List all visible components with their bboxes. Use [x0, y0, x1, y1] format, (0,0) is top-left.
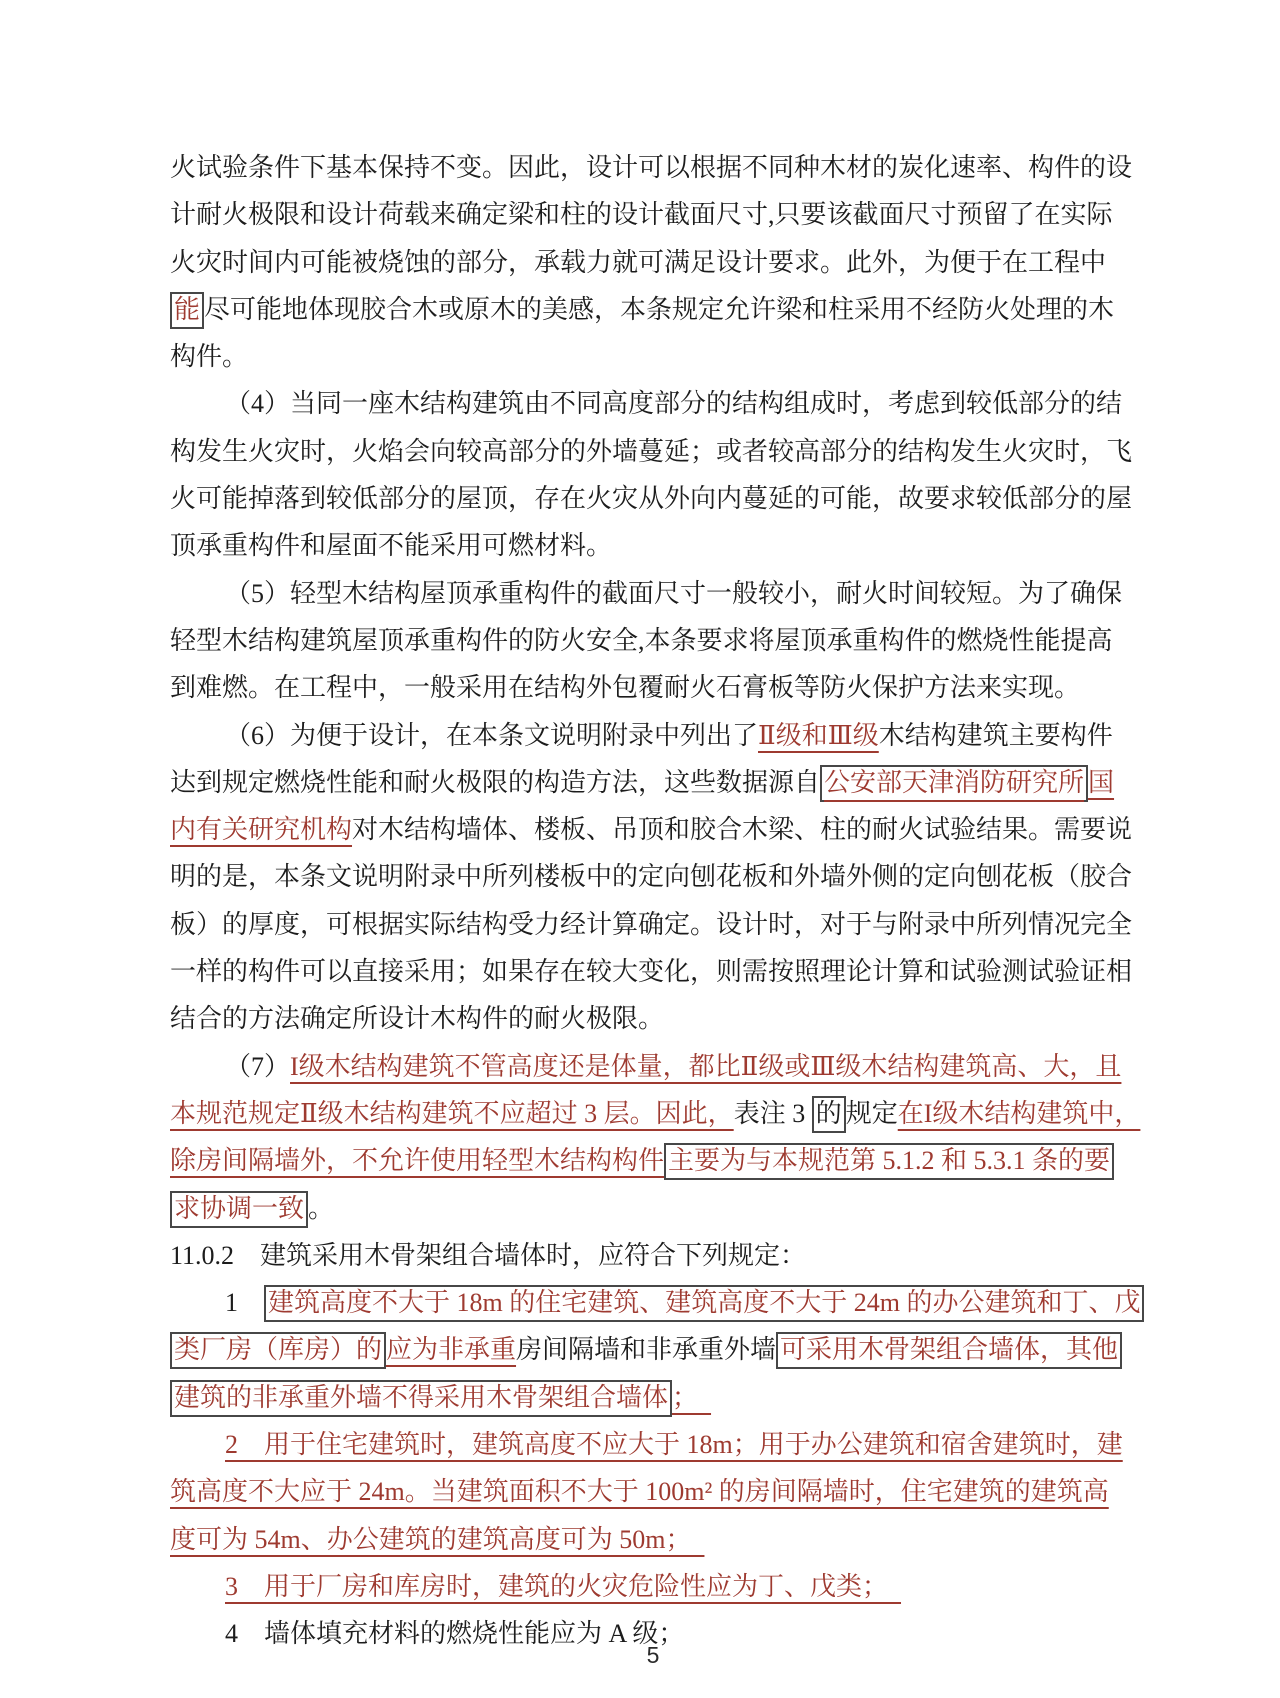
text-line: 筑高度不大应于 24m。当建筑面积不大于 100m² 的房间隔墙时，住宅建筑的建… — [170, 1468, 1122, 1515]
document-page-body: 火试验条件下基本保持不变。因此，设计可以根据不同种木材的炭化速率、构件的设计耐火… — [170, 144, 1122, 1658]
inserted-text: 在I级木结构建筑中， — [898, 1099, 1141, 1128]
revision-box: 建筑的非承重外墙不得采用木骨架组合墙体 — [170, 1380, 672, 1417]
body-text: 板）的厚度，可根据实际结构受力经计算确定。设计时，对于与附录中所列情况完全 — [170, 910, 1132, 939]
body-text: 明的是，本条文说明附录中所列楼板中的定向刨花板和外墙外侧的定向刨花板（胶合 — [170, 862, 1132, 891]
text-line: 构件。 — [170, 333, 1122, 380]
text-line: 求协调一致。 — [170, 1185, 1122, 1232]
text-line: 结合的方法确定所设计木构件的耐火极限。 — [170, 995, 1122, 1042]
body-text: （4）当同一座木结构建筑由不同高度部分的结构组成时，考虑到较低部分的结 — [225, 389, 1122, 418]
body-text: 构发生火灾时，火焰会向较高部分的外墙蔓延；或者较高部分的结构发生火灾时，飞 — [170, 437, 1132, 466]
body-text: （7） — [225, 1052, 290, 1081]
text-line: 板）的厚度，可根据实际结构受力经计算确定。设计时，对于与附录中所列情况完全 — [170, 901, 1122, 948]
text-line: 达到规定燃烧性能和耐火极限的构造方法，这些数据源自公安部天津消防研究所国 — [170, 759, 1122, 806]
inserted-text: 内有关研究机构 — [170, 815, 352, 844]
text-line: 本规范规定Ⅱ级木结构建筑不应超过 3 层。因此，表注 3 的规定在I级木结构建筑… — [170, 1090, 1122, 1137]
text-line: （6）为便于设计，在本条文说明附录中列出了Ⅱ级和Ⅲ级木结构建筑主要构件 — [170, 712, 1122, 759]
text-line: 11.0.2 建筑采用木骨架组合墙体时，应符合下列规定： — [170, 1232, 1122, 1279]
inserted-text: ； — [672, 1383, 711, 1412]
body-text: 规定 — [846, 1099, 898, 1128]
revision-box: 主要为与本规范第 5.1.2 和 5.3.1 条的要 — [664, 1143, 1114, 1180]
text-line: 内有关研究机构对木结构墙体、楼板、吊顶和胶合木梁、柱的耐火试验结果。需要说 — [170, 806, 1122, 853]
text-line: 轻型木结构建筑屋顶承重构件的防火安全,本条要求将屋顶承重构件的燃烧性能提高 — [170, 617, 1122, 664]
inserted-text: 3 用于厂房和库房时，建筑的火灾危险性应为丁、戊类； — [225, 1572, 901, 1601]
text-line: 除房间隔墙外，不允许使用轻型木结构构件主要为与本规范第 5.1.2 和 5.3.… — [170, 1137, 1122, 1184]
inserted-text: 度可为 54m、办公建筑的建筑高度可为 50m； — [170, 1525, 704, 1554]
body-text: （6）为便于设计，在本条文说明附录中列出了 — [225, 721, 758, 750]
inserted-text: 国 — [1088, 768, 1114, 797]
body-text: 一样的构件可以直接采用；如果存在较大变化，则需按照理论计算和试验测试验证相 — [170, 957, 1132, 986]
text-line: 度可为 54m、办公建筑的建筑高度可为 50m； — [170, 1516, 1122, 1563]
body-text: 对木结构墙体、楼板、吊顶和胶合木梁、柱的耐火试验结果。需要说 — [352, 815, 1132, 844]
inserted-text: 2 用于住宅建筑时，建筑高度不应大于 18m；用于办公建筑和宿舍建筑时，建 — [225, 1430, 1123, 1459]
body-text: 房间隔墙和非承重外墙 — [516, 1335, 776, 1364]
body-text: 顶承重构件和屋面不能采用可燃材料。 — [170, 531, 612, 560]
text-line: 构发生火灾时，火焰会向较高部分的外墙蔓延；或者较高部分的结构发生火灾时，飞 — [170, 428, 1122, 475]
text-line: 3 用于厂房和库房时，建筑的火灾危险性应为丁、戊类； — [170, 1563, 1122, 1610]
body-text: 1 — [225, 1288, 264, 1317]
text-line: 明的是，本条文说明附录中所列楼板中的定向刨花板和外墙外侧的定向刨花板（胶合 — [170, 853, 1122, 900]
text-line: （7）I级木结构建筑不管高度还是体量，都比Ⅱ级或Ⅲ级木结构建筑高、大，且 — [170, 1043, 1122, 1090]
text-line: 计耐火极限和设计荷载来确定梁和柱的设计截面尺寸,只要该截面尺寸预留了在实际 — [170, 191, 1122, 238]
body-text: 结合的方法确定所设计木构件的耐火极限。 — [170, 1004, 664, 1033]
text-line: 1 建筑高度不大于 18m 的住宅建筑、建筑高度不大于 24m 的办公建筑和丁、… — [170, 1279, 1122, 1326]
revision-box: 公安部天津消防研究所 — [820, 765, 1088, 802]
body-text: 到难燃。在工程中，一般采用在结构外包覆耐火石膏板等防火保护方法来实现。 — [170, 673, 1080, 702]
body-text: 表注 3 — [734, 1099, 812, 1128]
inserted-text: 应为非承重 — [386, 1335, 516, 1364]
body-text: 轻型木结构建筑屋顶承重构件的防火安全,本条要求将屋顶承重构件的燃烧性能提高 — [170, 626, 1113, 655]
inserted-text: Ⅱ级和Ⅲ级 — [758, 721, 879, 750]
text-line: 一样的构件可以直接采用；如果存在较大变化，则需按照理论计算和试验测试验证相 — [170, 948, 1122, 995]
text-line: （5）轻型木结构屋顶承重构件的截面尺寸一般较小，耐火时间较短。为了确保 — [170, 570, 1122, 617]
inserted-text: 筑高度不大应于 24m。当建筑面积不大于 100m² 的房间隔墙时，住宅建筑的建… — [170, 1477, 1109, 1506]
inserted-text: I级木结构建筑不管高度还是体量，都比Ⅱ级或Ⅲ级木结构建筑高、大，且 — [290, 1052, 1121, 1081]
text-line: 火可能掉落到较低部分的屋顶，存在火灾从外向内蔓延的可能，故要求较低部分的屋 — [170, 475, 1122, 522]
text-line: 类厂房（库房）的应为非承重房间隔墙和非承重外墙可采用木骨架组合墙体，其他 — [170, 1326, 1122, 1373]
body-text: 达到规定燃烧性能和耐火极限的构造方法，这些数据源自 — [170, 768, 820, 797]
inserted-text: 除房间隔墙外，不允许使用轻型木结构构件 — [170, 1146, 664, 1175]
text-line: 建筑的非承重外墙不得采用木骨架组合墙体； — [170, 1374, 1122, 1421]
boxed-text: 的 — [812, 1096, 846, 1133]
body-text: 。 — [308, 1194, 334, 1223]
revision-box: 可采用木骨架组合墙体，其他 — [776, 1332, 1122, 1369]
body-text: 火试验条件下基本保持不变。因此，设计可以根据不同种木材的炭化速率、构件的设 — [170, 153, 1132, 182]
body-text: 火可能掉落到较低部分的屋顶，存在火灾从外向内蔓延的可能，故要求较低部分的屋 — [170, 484, 1132, 513]
revision-box: 能 — [170, 292, 204, 329]
body-text: 尽可能地体现胶合木或原木的美感，本条规定允许梁和柱采用不经防火处理的木 — [204, 295, 1114, 324]
body-text: 11.0.2 建筑采用木骨架组合墙体时，应符合下列规定： — [170, 1241, 806, 1270]
text-line: 2 用于住宅建筑时，建筑高度不应大于 18m；用于办公建筑和宿舍建筑时，建 — [170, 1421, 1122, 1468]
text-line: 火灾时间内可能被烧蚀的部分，承载力就可满足设计要求。此外，为便于在工程中 — [170, 239, 1122, 286]
body-text: 构件。 — [170, 342, 248, 371]
body-text: 计耐火极限和设计荷载来确定梁和柱的设计截面尺寸,只要该截面尺寸预留了在实际 — [170, 200, 1113, 229]
body-text: （5）轻型木结构屋顶承重构件的截面尺寸一般较小，耐火时间较短。为了确保 — [225, 579, 1122, 608]
revision-box: 求协调一致 — [170, 1191, 308, 1228]
text-line: 能尽可能地体现胶合木或原木的美感，本条规定允许梁和柱采用不经防火处理的木 — [170, 286, 1122, 333]
text-line: 火试验条件下基本保持不变。因此，设计可以根据不同种木材的炭化速率、构件的设 — [170, 144, 1122, 191]
text-line: 顶承重构件和屋面不能采用可燃材料。 — [170, 522, 1122, 569]
body-text: 火灾时间内可能被烧蚀的部分，承载力就可满足设计要求。此外，为便于在工程中 — [170, 248, 1106, 277]
page-number: 5 — [13, 1642, 1280, 1669]
text-line: 到难燃。在工程中，一般采用在结构外包覆耐火石膏板等防火保护方法来实现。 — [170, 664, 1122, 711]
revision-box: 建筑高度不大于 18m 的住宅建筑、建筑高度不大于 24m 的办公建筑和丁、戊 — [264, 1285, 1144, 1322]
text-line: （4）当同一座木结构建筑由不同高度部分的结构组成时，考虑到较低部分的结 — [170, 380, 1122, 427]
revision-box: 类厂房（库房）的 — [170, 1332, 386, 1369]
inserted-text: 本规范规定Ⅱ级木结构建筑不应超过 3 层。因此， — [170, 1099, 734, 1128]
body-text: 木结构建筑主要构件 — [879, 721, 1113, 750]
